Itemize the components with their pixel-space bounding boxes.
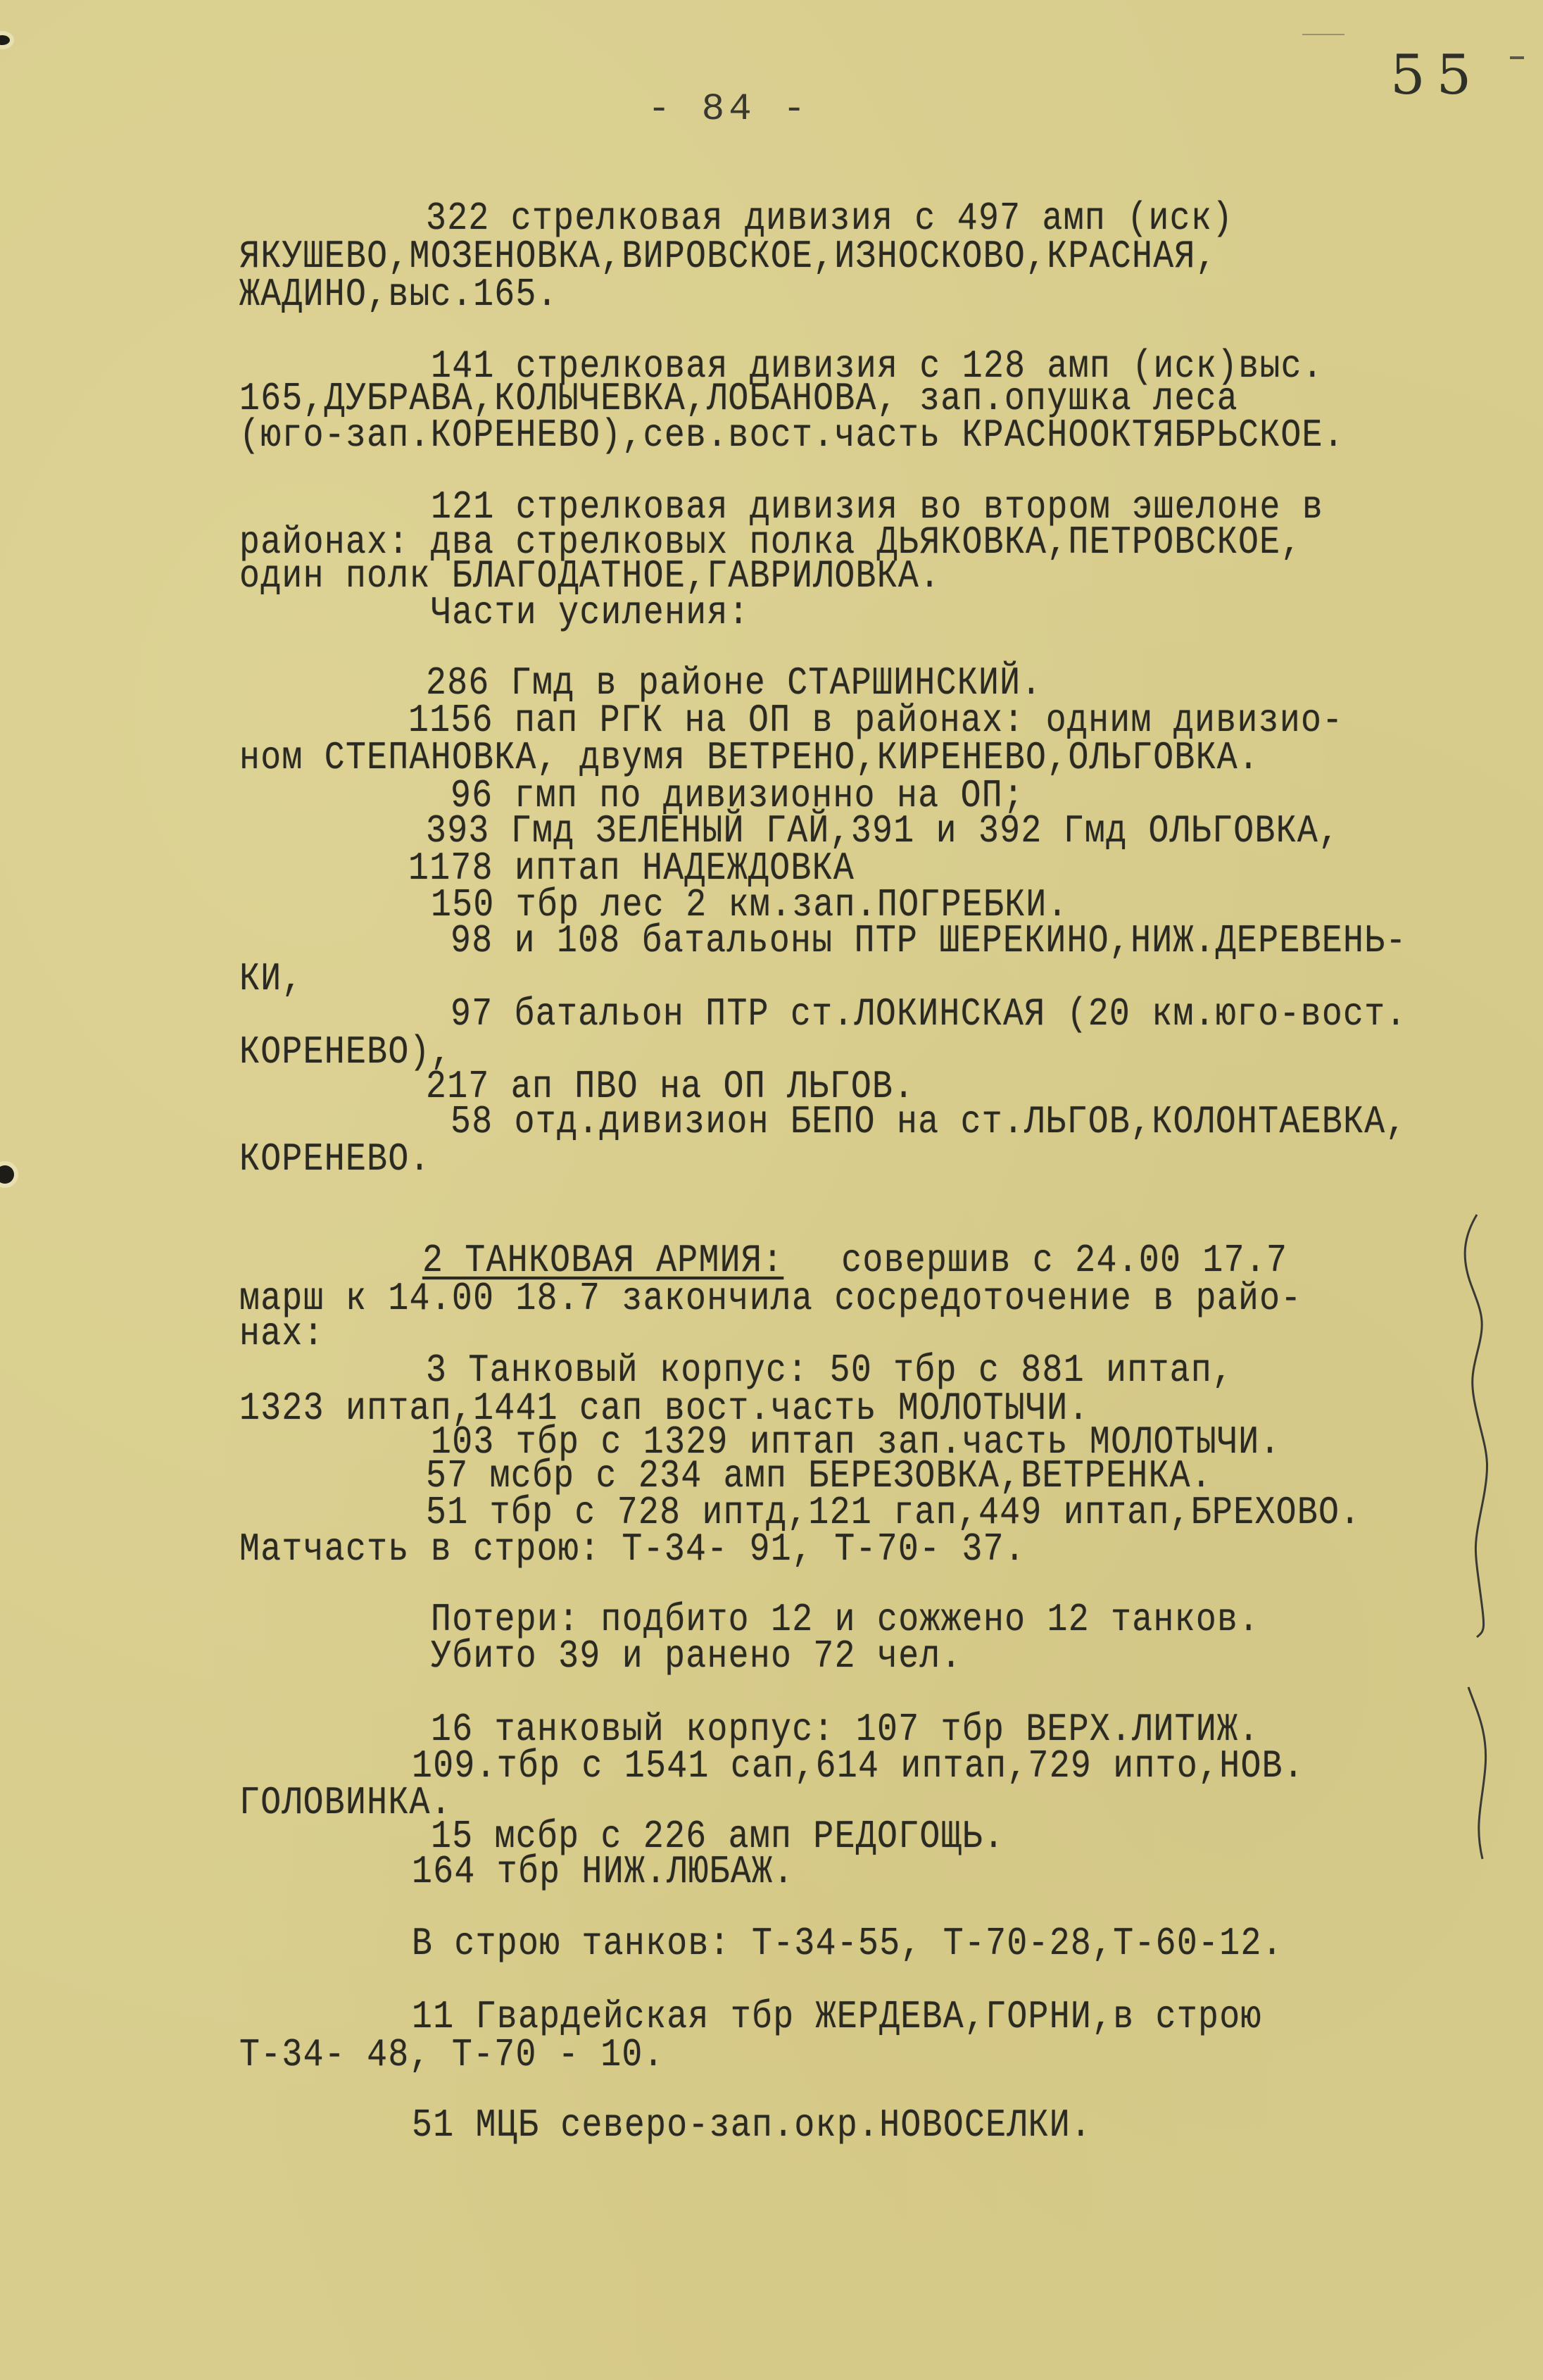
text-line: 51 МЦБ северо-зап.окр.НОВОСЕЛКИ. [412, 2105, 1092, 2145]
section-heading-tank-army: 2 ТАНКОВАЯ АРМИЯ: [422, 1241, 783, 1280]
text-line: 393 Гмд ЗЕЛЕНЫЙ ГАЙ,391 и 392 Гмд ОЛЬГОВ… [426, 811, 1340, 851]
text-line: (юго-зап.КОРЕНЕВО),сев.вост.часть КРАСНО… [239, 415, 1344, 455]
text-line: Убито 39 и ранено 72 чел. [431, 1636, 962, 1676]
text-line: ЯКУШЕВО,МОЗЕНОВКА,ВИРОВСКОЕ,ИЗНОСКОВО,КР… [239, 237, 1217, 276]
stamp-dash-mark [1510, 56, 1524, 59]
text-line: 286 Гмд в районе СТАРШИНСКИЙ. [426, 663, 1043, 703]
text-line: ном СТЕПАНОВКА, двумя ВЕТРЕНО,КИРЕНЕВО,О… [239, 738, 1259, 777]
text-line: ЖАДИНО,выс.165. [239, 275, 558, 314]
text-line: 1156 пап РГК на ОП в районах: одним диви… [408, 701, 1343, 740]
subheading-reinforcements: Части усиления: [431, 593, 750, 632]
text-line: 109.тбр с 1541 сап,614 иптап,729 ипто,НО… [412, 1746, 1304, 1786]
text-line: нах: [239, 1314, 325, 1353]
text-line: КИ, [239, 959, 303, 998]
text-line: В строю танков: Т-34-55, Т-70-28,Т-60-12… [412, 1924, 1283, 1963]
text-line: Матчасть в строю: Т-34- 91, Т-70- 37. [239, 1529, 1026, 1569]
text-line: 164 тбр НИЖ.ЛЮБАЖ. [412, 1852, 794, 1891]
document-page: 55 - 84 - 322 стрелковая дивизия с 497 а… [0, 0, 1543, 2380]
curly-bracket-mark [1457, 1208, 1499, 1644]
text-line: 3 Танковый корпус: 50 тбр с 881 иптап, [426, 1351, 1233, 1390]
archive-sheet-number: 55 [1390, 44, 1482, 107]
text-line: ГОЛОВИНКА. [239, 1783, 452, 1822]
text-line: марш к 14.00 18.7 закончила сосредоточен… [239, 1279, 1302, 1318]
text-line: совершив с 24.00 17.7 [820, 1241, 1287, 1280]
text-line: 98 и 108 батальоны ПТР ШЕРЕКИНО,НИЖ.ДЕРЕ… [451, 921, 1407, 960]
text-line: 58 отд.дивизион БЕПО на ст.ЛЬГОВ,КОЛОНТА… [451, 1102, 1407, 1141]
text-line: 11 Гвардейская тбр ЖЕРДЕВА,ГОРНИ,в строю [412, 1997, 1262, 2036]
text-line: КОРЕНЕВО), [239, 1032, 452, 1072]
text-line: КОРЕНЕВО. [239, 1139, 431, 1179]
text-line: 322 стрелковая дивизия с 497 амп (иск) [426, 199, 1233, 238]
binding-hole [0, 1165, 14, 1184]
curly-bracket-mark [1464, 1683, 1499, 1866]
stamp-faint-mark [1302, 34, 1344, 35]
text-line: 97 батальон ПТР ст.ЛОКИНСКАЯ (20 км.юго-… [451, 994, 1407, 1034]
binding-hole [0, 35, 10, 45]
page-number: - 84 - [648, 88, 810, 131]
text-line: Т-34- 48, Т-70 - 10. [239, 2035, 665, 2074]
